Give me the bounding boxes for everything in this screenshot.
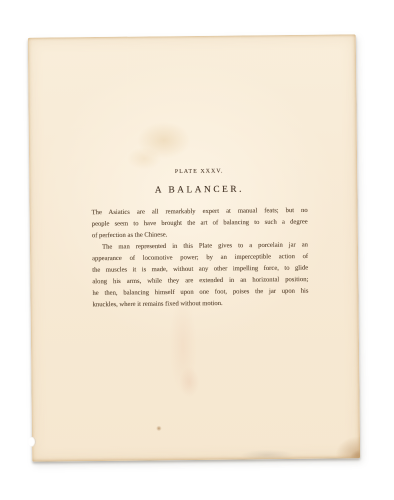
text-line: knuckles, where it remains fixed without… [93,296,309,310]
book-page: PLATE XXXV. A BALANCER. The Asiatics are… [28,34,360,461]
paragraph-1: The Asiatics are all remarkably expert a… [92,204,308,241]
plate-number-heading: PLATE XXXV. [91,167,307,176]
page-text-block: PLATE XXXV. A BALANCER. The Asiatics are… [90,35,309,310]
plate-title: A BALANCER. [91,182,307,196]
paragraph-2: The man represented in this Plate gives … [92,239,309,310]
paper-chip-notch [28,437,36,447]
photo-background: PLATE XXXV. A BALANCER. The Asiatics are… [0,0,394,500]
text-line: people seem to have brought the art of b… [92,216,308,230]
